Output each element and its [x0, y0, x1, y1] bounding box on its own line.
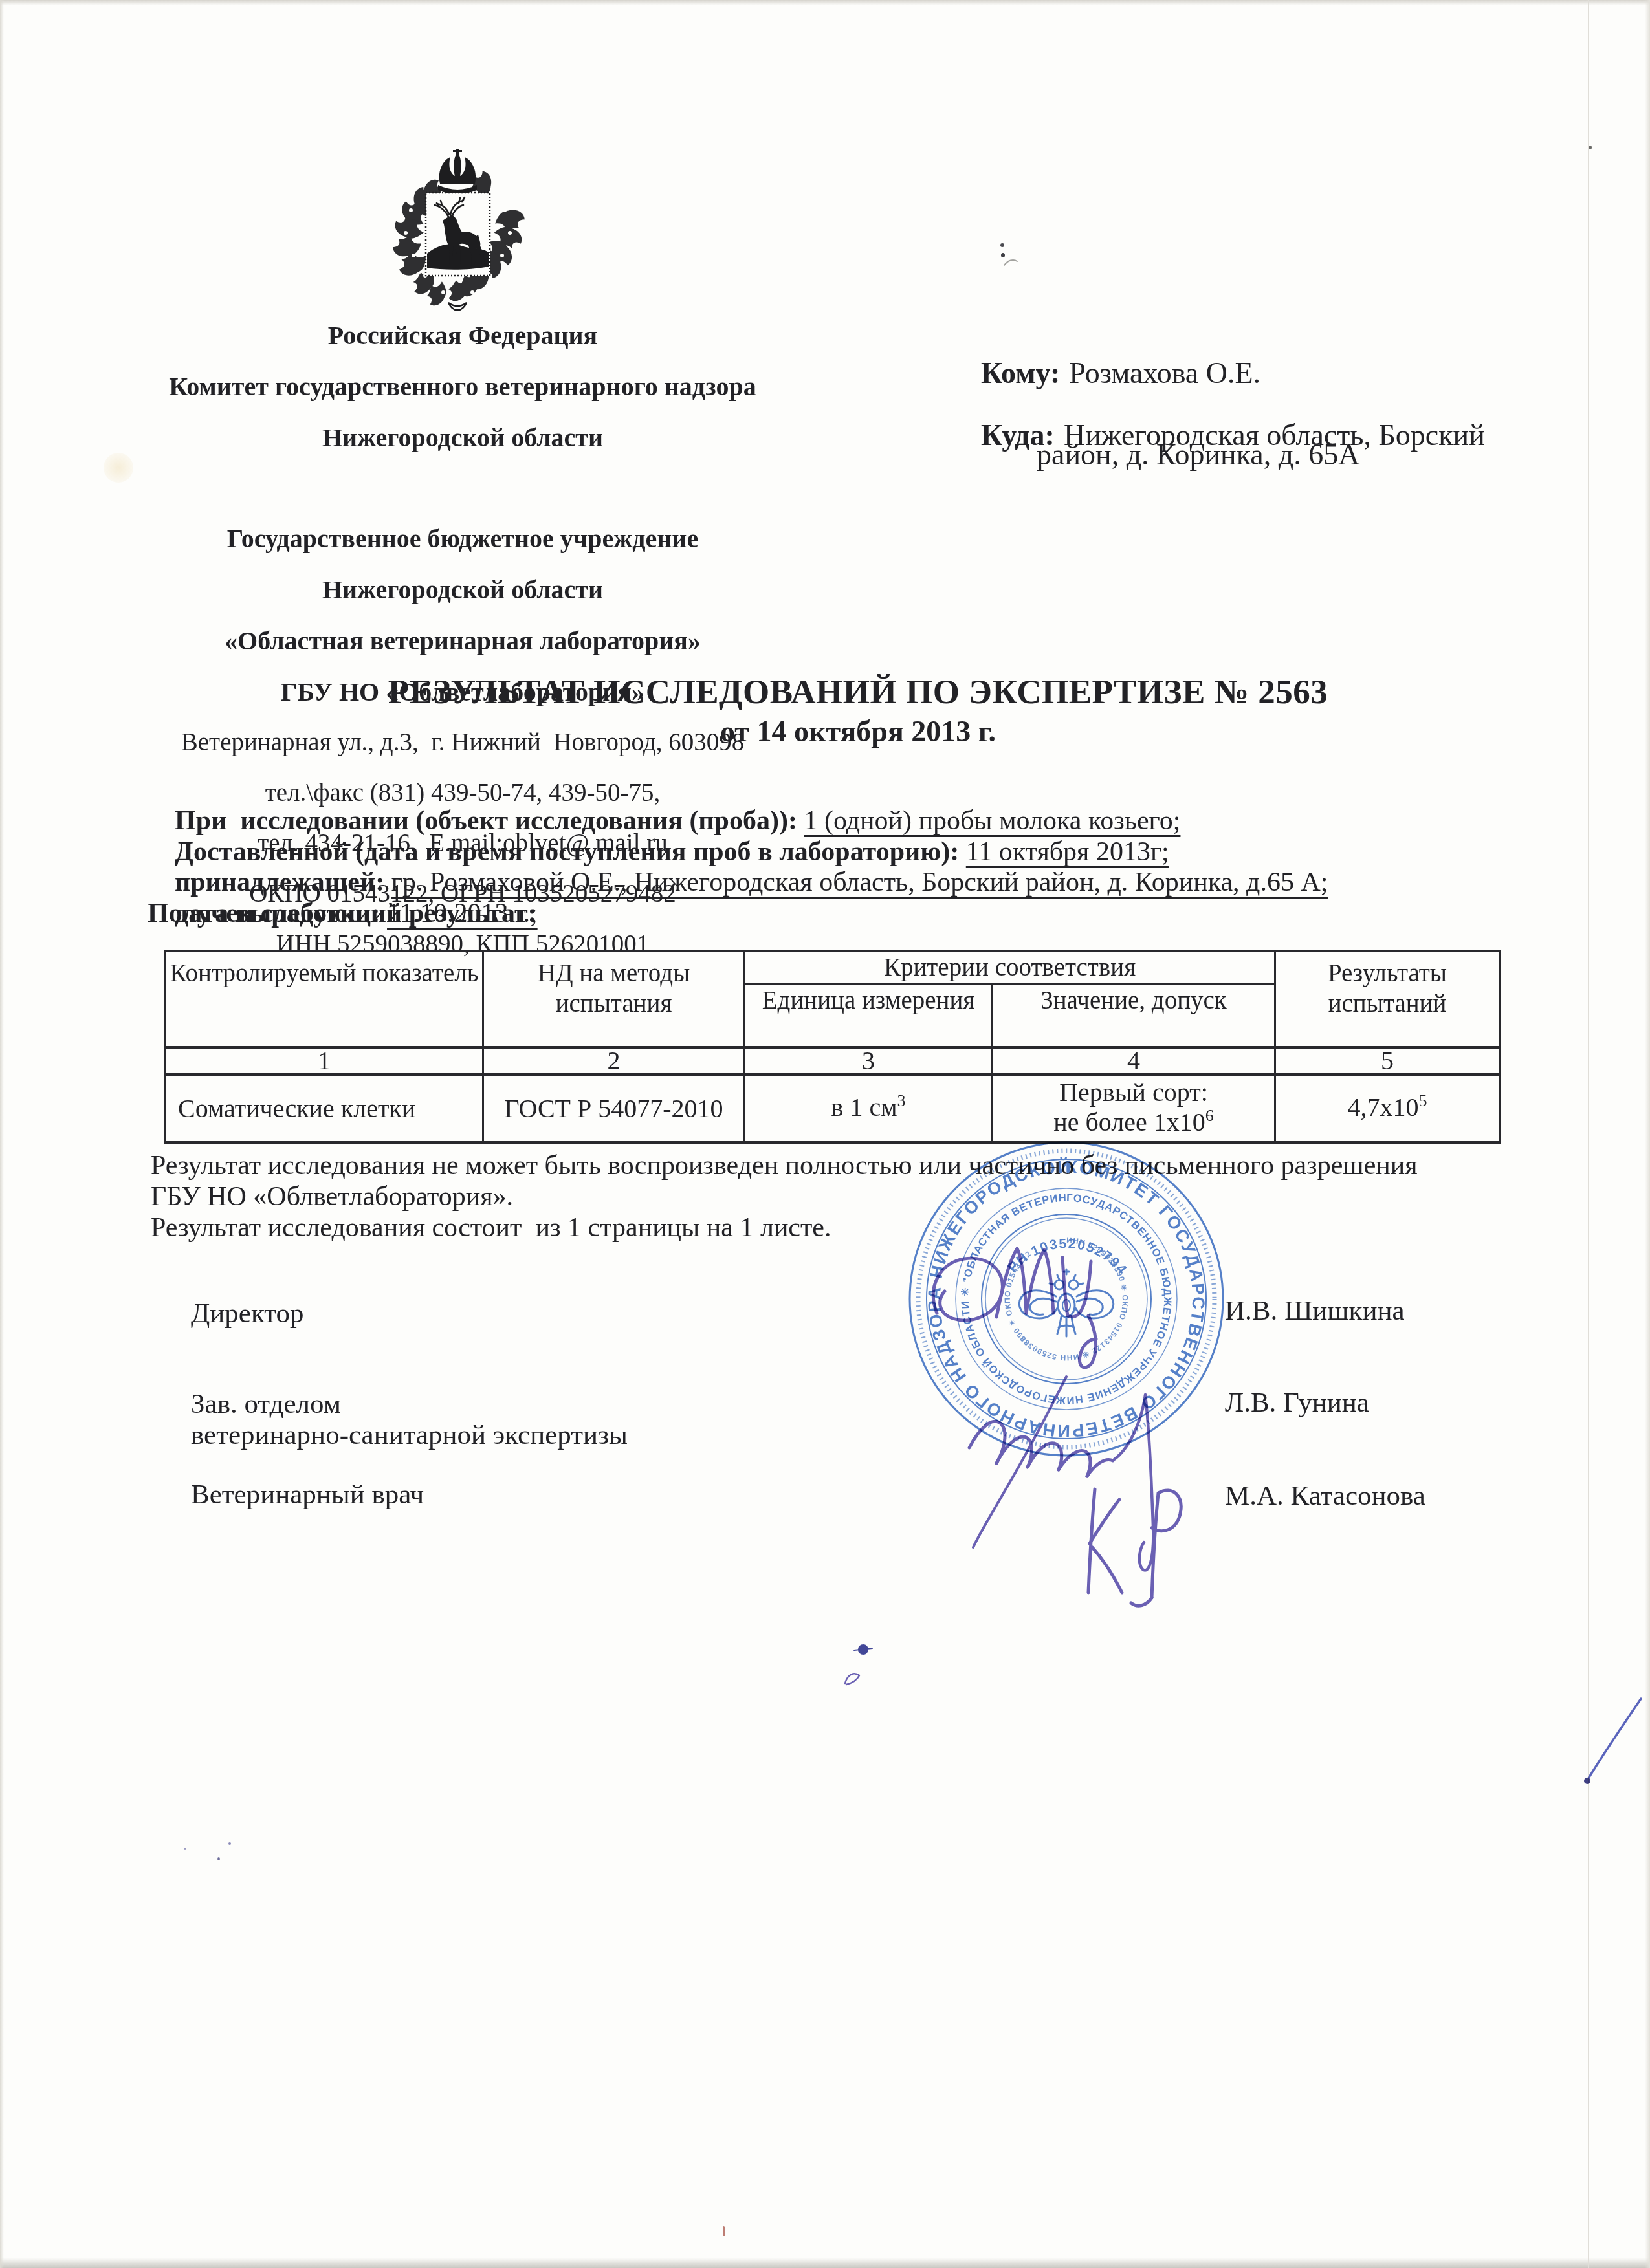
document-date: от 14 октября 2013 г.	[65, 714, 1650, 748]
col-header-criteria: Критерии соответствия	[745, 952, 1276, 985]
col-header-results: Результаты испытаний	[1276, 952, 1499, 1046]
issuer-org-line3: «Областная ветеринарная лаборатория»	[74, 627, 851, 655]
col-number: 2	[484, 1046, 745, 1076]
issuer-org-line1: Государственное бюджетное учреждение	[74, 525, 851, 552]
scan-edge-bottom	[0, 2258, 1650, 2268]
scan-fold-line	[1588, 0, 1589, 2268]
red-scan-mark	[723, 2226, 725, 2236]
signature-katasonova	[1088, 1489, 1181, 1606]
disclaimer-line2: ГБУ НО «Облветлаборатория».	[151, 1181, 1574, 1212]
ink-speck	[1001, 253, 1005, 257]
disclaimer-line1: Результат исследования не может быть вос…	[151, 1150, 1574, 1181]
scan-edge-left	[0, 0, 4, 2268]
signer-name-director: И.В. Шишкина	[1225, 1295, 1404, 1327]
scan-edge-top	[0, 0, 1650, 5]
ink-speck	[184, 1848, 186, 1850]
issuer-org-line2: Нижегородской области	[74, 576, 851, 604]
col-number: 4	[993, 1046, 1276, 1076]
issuer-committee-line2: Нижегородской области	[74, 424, 851, 452]
ink-speck	[228, 1842, 231, 1845]
scanned-lab-result-document: Российская Федерация Комитет государстве…	[0, 0, 1650, 2268]
issuer-country: Российская Федерация	[74, 322, 851, 349]
signer-role-head-of-dept: Зав. отделом	[191, 1388, 341, 1420]
issuer-committee-line1: Комитет государственного ветеринарного н…	[74, 373, 851, 400]
stray-pen-stroke	[1584, 1699, 1641, 1784]
row-tolerance: Первый сорт: не более 1х106	[993, 1076, 1276, 1141]
col-header-tolerance: Значение, допуск	[993, 985, 1276, 1046]
row-unit: в 1 см3	[745, 1076, 993, 1141]
ink-blot	[845, 1644, 872, 1685]
signer-role-head-of-dept-line2: ветеринарно-санитарной экспертизы	[191, 1419, 628, 1451]
document-title: РЕЗУЛЬТАТ ИССЛЕДОВАНИЙ ПО ЭКСПЕРТИЗЕ № 2…	[65, 673, 1650, 712]
disclaimer-line3: Результат исследования состоит из 1 стра…	[151, 1212, 1574, 1243]
double-headed-eagle-icon	[1019, 1269, 1113, 1336]
signer-role-director: Директор	[191, 1298, 303, 1329]
signer-name-veterinarian: М.А. Катасонова	[1225, 1480, 1425, 1512]
col-header-unit: Единица измерения	[745, 985, 993, 1046]
col-header-indicator: Контролируемый показатель	[166, 952, 484, 1046]
coat-of-arms-nizhny-novgorod	[385, 149, 531, 316]
results-table: Контролируемый показатель НД на методы и…	[164, 950, 1501, 1144]
body-line-result-intro: Получен следующий результат:	[148, 898, 1558, 929]
col-number: 3	[745, 1046, 993, 1076]
row-method: ГОСТ Р 54077-2010	[484, 1076, 745, 1141]
signer-role-veterinarian: Ветеринарный врач	[191, 1479, 424, 1510]
official-round-stamp: КОМИТЕТ ГОСУДАРСТВЕННОГО ВЕТЕРИНАРНОГО Н…	[906, 1139, 1227, 1459]
scan-edge-right	[1645, 0, 1650, 2268]
row-indicator: Соматические клетки	[166, 1076, 484, 1141]
signer-name-head-of-dept: Л.В. Гунина	[1225, 1387, 1369, 1419]
ink-speck	[1000, 243, 1004, 247]
row-result: 4,7х105	[1276, 1076, 1499, 1141]
col-header-method: НД на методы испытания	[484, 952, 745, 1046]
ink-speck	[217, 1857, 220, 1860]
col-number: 1	[166, 1046, 484, 1076]
pencil-squiggle	[1004, 260, 1017, 265]
ink-speck	[1589, 146, 1592, 149]
recipient-where-line2: район, д. Коринка, д. 65А	[1037, 437, 1359, 472]
col-number: 5	[1276, 1046, 1499, 1076]
